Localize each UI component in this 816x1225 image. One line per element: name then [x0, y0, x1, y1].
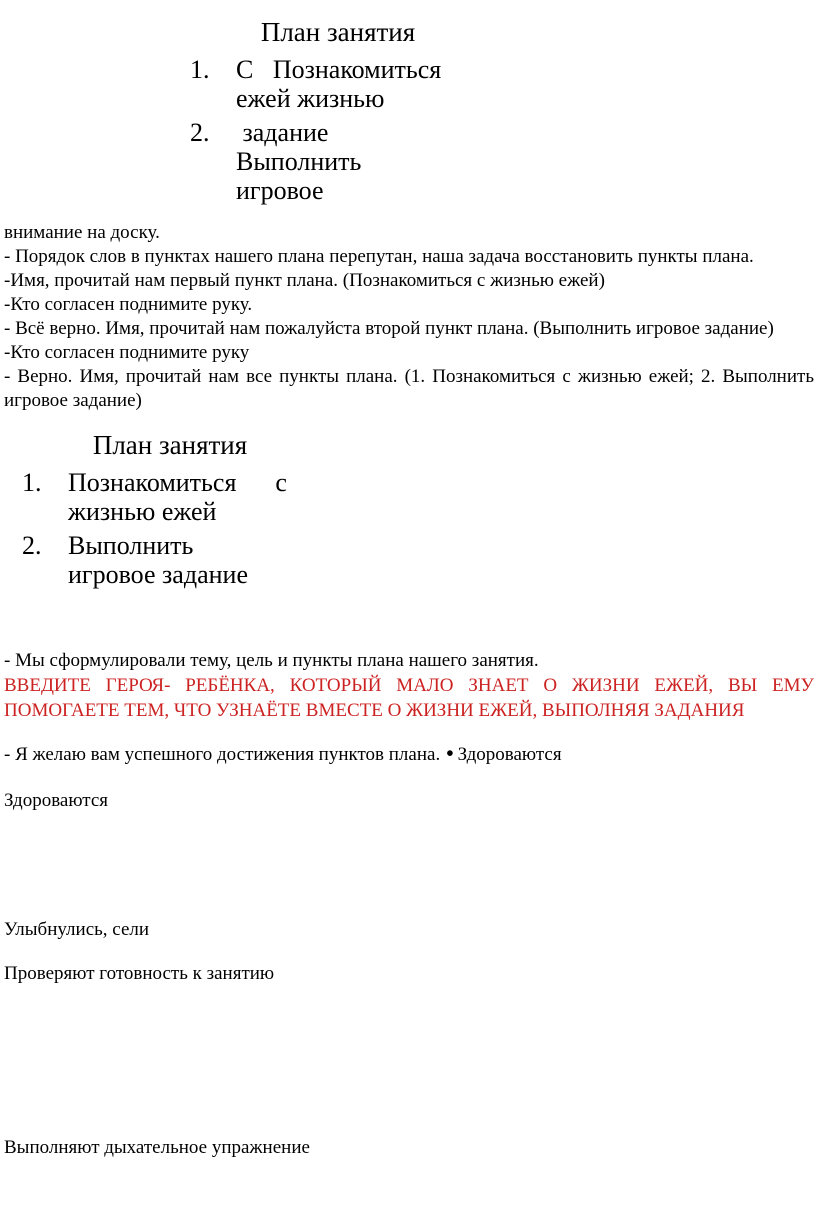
document-page: План занятия 1. С Познакомиться ежей жиз…: [0, 0, 816, 1225]
list-item-text: задание Выполнить игровое: [236, 118, 488, 205]
student-action-breathing: Выполняют дыхательное упражнение: [2, 1136, 814, 1160]
dialog-line: -Имя, прочитай нам первый пункт плана. (…: [2, 269, 814, 293]
list-item-text: С Познакомиться ежей жизнью: [236, 55, 488, 113]
plan-list-item: 1. С Познакомиться ежей жизнью: [188, 55, 488, 113]
wish-line: - Я желаю вам успешного достижения пункт…: [2, 741, 814, 767]
plan-list-item: 1. Познакомиться с жизнью ежей: [20, 468, 320, 526]
list-item-number: 2.: [188, 118, 236, 147]
list-item-number: 1.: [188, 55, 236, 84]
dialog-line: - Верно. Имя, прочитай нам все пункты пл…: [2, 365, 814, 413]
dialog-line: -Кто согласен поднимите руку.: [2, 293, 814, 317]
dialog-line: - Порядок слов в пунктах нашего плана пе…: [2, 245, 814, 269]
plan-list-item: 2. Выполнить игровое задание: [20, 531, 320, 589]
list-item-text: Выполнить игровое задание: [68, 531, 320, 589]
plan-title: План занятия: [20, 427, 320, 463]
bullet-icon: •: [446, 741, 453, 765]
teacher-dialog: внимание на доску. - Порядок слов в пунк…: [2, 221, 814, 413]
plan-correct-section: План занятия 1. Познакомиться с жизнью е…: [20, 427, 320, 589]
student-action-smiled-sat: Улыбнулись, сели: [2, 918, 814, 942]
plan-list-item: 2. задание Выполнить игровое: [188, 118, 488, 205]
wish-text: - Я желаю вам успешного достижения пункт…: [4, 744, 440, 765]
red-directive-note: ВВЕДИТЕ ГЕРОЯ- РЕБЁНКА, КОТОРЫЙ МАЛО ЗНА…: [2, 673, 814, 723]
summary-line: - Мы сформулировали тему, цель и пункты …: [2, 649, 814, 673]
list-item-text: Познакомиться с жизнью ежей: [68, 468, 320, 526]
student-action-greeting: Здороваются: [2, 789, 814, 813]
list-item-number: 1.: [20, 468, 68, 497]
student-action-check-readiness: Проверяют готовность к занятию: [2, 962, 814, 986]
list-item-number: 2.: [20, 531, 68, 560]
wish-student-action: Здороваются: [458, 744, 562, 765]
dialog-line: - Всё верно. Имя, прочитай нам пожалуйст…: [2, 317, 814, 341]
plan-title: План занятия: [188, 14, 488, 50]
dialog-line: внимание на доску.: [2, 221, 814, 245]
plan-scrambled-section: План занятия 1. С Познакомиться ежей жиз…: [188, 14, 488, 205]
dialog-line: -Кто согласен поднимите руку: [2, 341, 814, 365]
